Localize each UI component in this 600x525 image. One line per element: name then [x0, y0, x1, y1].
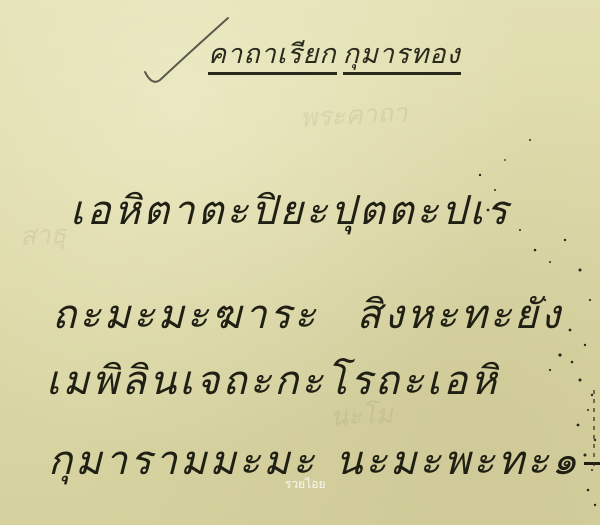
- mantra-line-3: เมพิลินเจถะกะโรถะเอหิ: [46, 348, 500, 412]
- mantra-text: เอหิตาตะปิยะปุตตะปเร: [70, 188, 511, 234]
- mantra-line-1: เอหิตาตะปิยะปุตตะปเร: [70, 178, 511, 242]
- bleed-through-text: สาธุ: [19, 214, 67, 257]
- title-part-katha: คาถาเรียก: [208, 39, 337, 75]
- mantra-text: กุมารามมะมะ: [48, 438, 317, 484]
- mantra-text: เมพิลินเจถะกะโรถะเอหิ: [46, 358, 500, 404]
- ink-speckles: [460, 0, 600, 525]
- bleed-through-text: พระคาถา: [299, 92, 408, 139]
- title-part-kuman-thong: กุมารทอง: [343, 39, 461, 75]
- document-title: คาถาเรียกกุมารทอง: [208, 32, 461, 75]
- watermark: รวยไอย: [285, 475, 326, 494]
- mantra-text: ถะมะมะฆาระ: [52, 292, 319, 338]
